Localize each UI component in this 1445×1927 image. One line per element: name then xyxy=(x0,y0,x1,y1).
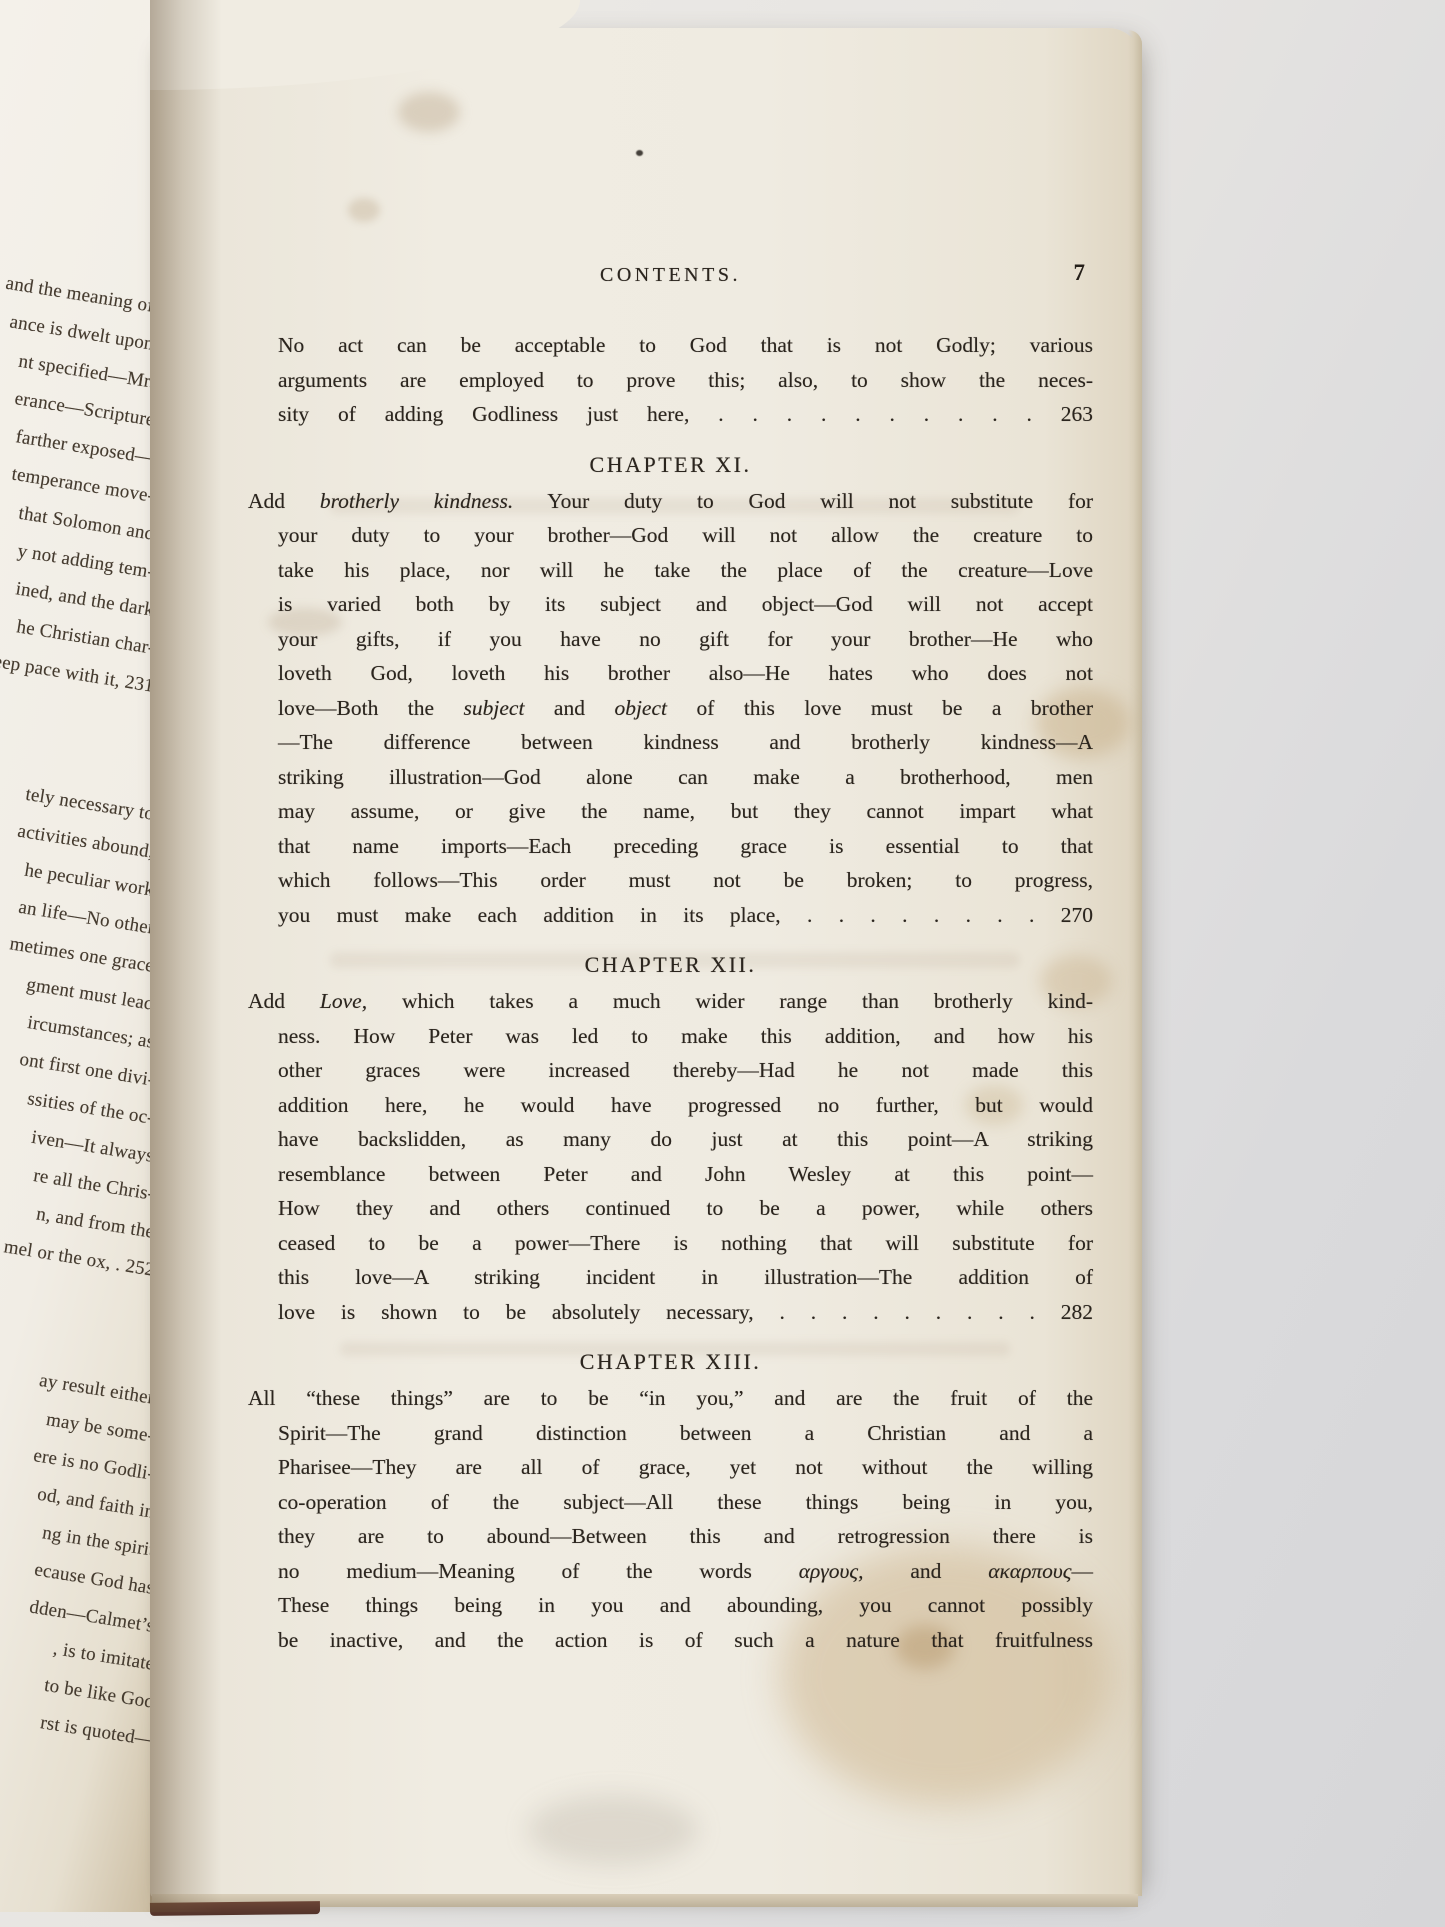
toc-line: striking illustration—God alone can make… xyxy=(248,760,1093,795)
running-head: CONTENTS. 7 xyxy=(248,264,1093,298)
page-right-edge xyxy=(1128,30,1142,1896)
toc-text: this love—A striking incident in illustr… xyxy=(278,1265,1093,1289)
toc-line: Add Love, which takes a much wider range… xyxy=(248,984,1093,1019)
toc-line: co-operation of the subject—All these th… xyxy=(248,1485,1093,1520)
toc-text: subject xyxy=(464,696,525,720)
toc-text: your duty to your brother—God will not a… xyxy=(278,523,1093,547)
toc-text: Add xyxy=(248,989,320,1013)
toc-text: of this love must be a brother xyxy=(667,696,1093,720)
toc-line: your duty to your brother—God will not a… xyxy=(248,518,1093,553)
left-page-fragment: rst is quoted— xyxy=(0,1726,154,1764)
toc-line: These things being in you and abounding,… xyxy=(248,1588,1093,1623)
toc-text: which takes a much wider range than brot… xyxy=(367,989,1093,1013)
toc-text: Pharisee—They are all of grace, yet not … xyxy=(278,1455,1093,1479)
toc-text: object xyxy=(614,696,667,720)
toc-text: arguments are employed to prove this; al… xyxy=(278,368,1093,392)
toc-line: no medium—Meaning of the words αργους, a… xyxy=(248,1554,1093,1589)
toc-text: loveth God, loveth his brother also—He h… xyxy=(278,661,1093,685)
toc-text: may assume, or give the name, but they c… xyxy=(278,799,1093,823)
toc-line: that name imports—Each preceding grace i… xyxy=(248,829,1093,864)
toc-text: your gifts, if you have no gift for your… xyxy=(278,627,1093,651)
toc-line: Pharisee—They are all of grace, yet not … xyxy=(248,1450,1093,1485)
page-number: 7 xyxy=(1074,260,1086,286)
toc-text: take his place, nor will he take the pla… xyxy=(278,558,1093,582)
toc-entry: All “these things” are to be “in you,” a… xyxy=(248,1381,1093,1657)
left-page: and the meaning ofance is dwelt uponnt s… xyxy=(0,0,172,1912)
toc-line: your gifts, if you have no gift for your… xyxy=(248,622,1093,657)
toc-text: that name imports—Each preceding grace i… xyxy=(278,834,1093,858)
toc-text: brotherly kindness. xyxy=(320,489,513,513)
toc-blocks: No act can be acceptable to God that is … xyxy=(248,328,1093,1657)
toc-text: ness. How Peter was led to make this add… xyxy=(278,1024,1093,1048)
toc-text: ακαρπους xyxy=(988,1559,1071,1583)
toc-text: they are to abound—Between this and retr… xyxy=(278,1524,1093,1548)
toc-line: ness. How Peter was led to make this add… xyxy=(248,1019,1093,1054)
toc-text: and xyxy=(524,696,614,720)
toc-text: co-operation of the subject—All these th… xyxy=(278,1490,1093,1514)
toc-text: have backslidden, as many do just at thi… xyxy=(278,1127,1093,1151)
toc-text: is varied both by its subject and object… xyxy=(278,592,1093,616)
toc-line: they are to abound—Between this and retr… xyxy=(248,1519,1093,1554)
toc-line: —The difference between kindness and bro… xyxy=(248,725,1093,760)
toc-text: ceased to be a power—There is nothing th… xyxy=(278,1231,1093,1255)
toc-entry: Add Love, which takes a much wider range… xyxy=(248,984,1093,1329)
toc-line: How they and others continued to be a po… xyxy=(248,1191,1093,1226)
toc-text: — xyxy=(1072,1559,1094,1583)
toc-text: addition here, he would have progressed … xyxy=(278,1093,1093,1117)
toc-line: is varied both by its subject and object… xyxy=(248,587,1093,622)
toc-line: Spirit—The grand distinction between a C… xyxy=(248,1416,1093,1451)
toc-text: striking illustration—God alone can make… xyxy=(278,765,1093,789)
left-page-fragment: mel or the ox, . 252 xyxy=(0,1256,154,1294)
chapter-heading: CHAPTER XIII. xyxy=(248,1343,1093,1381)
toc-line: love—Both the subject and object of this… xyxy=(248,691,1093,726)
page-title: CONTENTS. xyxy=(600,264,741,286)
chapter-heading: CHAPTER XI. xyxy=(248,446,1093,484)
toc-text: love is shown to be absolutely necessary… xyxy=(278,1300,1093,1324)
toc-line: you must make each addition in its place… xyxy=(248,898,1093,933)
toc-text: you must make each addition in its place… xyxy=(278,903,1093,927)
contents-column: CONTENTS. 7 No act can be acceptable to … xyxy=(248,250,1093,1661)
toc-line: other graces were increased thereby—Had … xyxy=(248,1053,1093,1088)
toc-text: These things being in you and abounding,… xyxy=(278,1593,1093,1617)
book-photo: and the meaning ofance is dwelt uponnt s… xyxy=(0,0,1445,1927)
toc-entry: Add brotherly kindness. Your duty to God… xyxy=(248,484,1093,933)
toc-line: take his place, nor will he take the pla… xyxy=(248,553,1093,588)
toc-entry: No act can be acceptable to God that is … xyxy=(248,328,1093,432)
toc-line: Add brotherly kindness. Your duty to God… xyxy=(248,484,1093,519)
toc-line: loveth God, loveth his brother also—He h… xyxy=(248,656,1093,691)
toc-text: which follows—This order must not be bro… xyxy=(278,868,1093,892)
left-page-fragment: keep pace with it, 231 xyxy=(0,672,154,710)
toc-text: Spirit—The grand distinction between a C… xyxy=(278,1421,1093,1445)
toc-line: may assume, or give the name, but they c… xyxy=(248,794,1093,829)
toc-line: love is shown to be absolutely necessary… xyxy=(248,1295,1093,1330)
toc-line: which follows—This order must not be bro… xyxy=(248,863,1093,898)
fragment-text: and the meaning of xyxy=(4,273,155,318)
toc-line: No act can be acceptable to God that is … xyxy=(248,328,1093,363)
toc-text: love—Both the xyxy=(278,696,464,720)
toc-line: ceased to be a power—There is nothing th… xyxy=(248,1226,1093,1261)
toc-text: No act can be acceptable to God that is … xyxy=(278,333,1093,357)
gutter-shadow xyxy=(150,0,222,1912)
toc-line: resemblance between Peter and John Wesle… xyxy=(248,1157,1093,1192)
toc-line: this love—A striking incident in illustr… xyxy=(248,1260,1093,1295)
toc-text: resemblance between Peter and John Wesle… xyxy=(278,1162,1093,1186)
toc-text: and xyxy=(864,1559,989,1583)
toc-text: sity of adding Godliness just here, . . … xyxy=(278,402,1093,426)
toc-text: Your duty to God will not substitute for xyxy=(513,489,1093,513)
toc-line: arguments are employed to prove this; al… xyxy=(248,363,1093,398)
toc-text: Add xyxy=(248,489,320,513)
toc-line: All “these things” are to be “in you,” a… xyxy=(248,1381,1093,1416)
fragment-text: ay result either xyxy=(38,1370,156,1410)
toc-line: be inactive, and the action is of such a… xyxy=(248,1623,1093,1658)
toc-line: have backslidden, as many do just at thi… xyxy=(248,1122,1093,1157)
toc-text: All “these things” are to be “in you,” a… xyxy=(248,1386,1093,1410)
fragment-text: tely necessary to xyxy=(24,784,156,826)
toc-text: no medium—Meaning of the words xyxy=(278,1559,799,1583)
toc-line: addition here, he would have progressed … xyxy=(248,1088,1093,1123)
toc-line: sity of adding Godliness just here, . . … xyxy=(248,397,1093,432)
toc-text: Love, xyxy=(320,989,367,1013)
chapter-heading: CHAPTER XII. xyxy=(248,946,1093,984)
toc-text: αργους, xyxy=(799,1559,864,1583)
toc-text: How they and others continued to be a po… xyxy=(278,1196,1093,1220)
toc-text: —The difference between kindness and bro… xyxy=(278,730,1093,754)
left-page-fragments: and the meaning ofance is dwelt uponnt s… xyxy=(0,292,154,1764)
toc-text: be inactive, and the action is of such a… xyxy=(278,1628,1093,1652)
toc-text: other graces were increased thereby—Had … xyxy=(278,1058,1093,1082)
